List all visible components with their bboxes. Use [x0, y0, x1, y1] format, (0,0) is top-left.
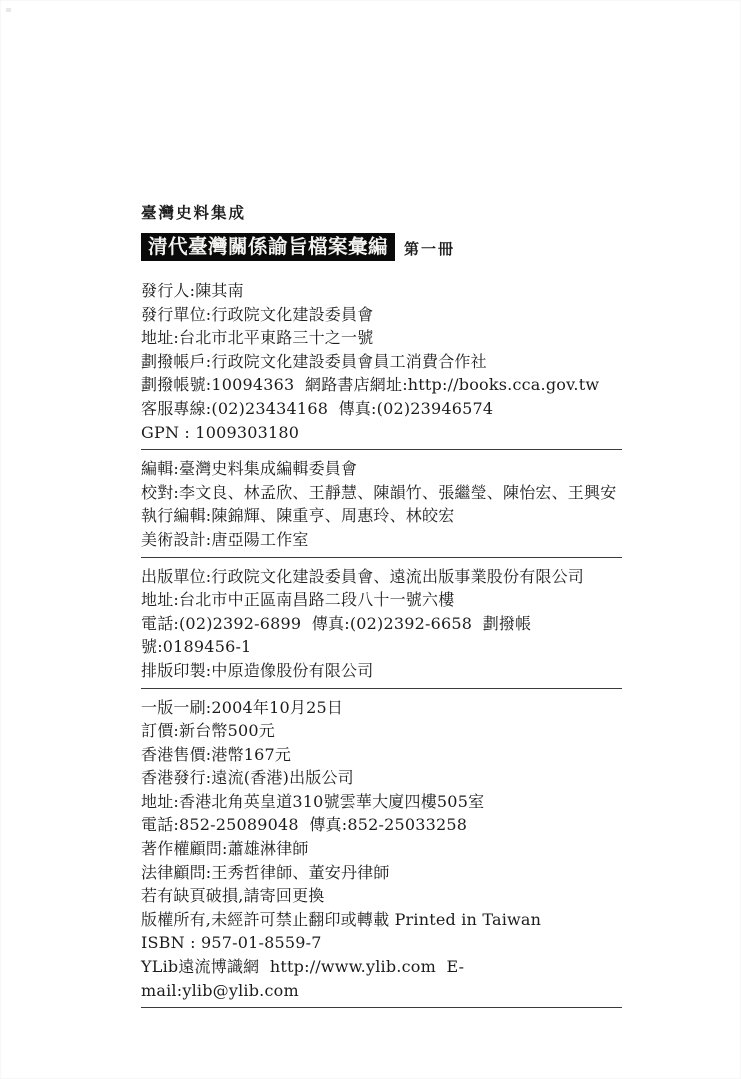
publishing-section: 出版單位:行政院文化建設委員會、遠流出版事業股份有限公司 地址:台北市中正區南昌…: [141, 558, 622, 689]
publisher-line: 發行人:陳其南: [141, 279, 622, 303]
editorial-line: 美術設計:唐亞陽工作室: [141, 528, 622, 552]
edition-line: 香港售價:港幣167元: [141, 743, 622, 767]
edition-line: 版權所有,未經許可禁止翻印或轉載 Printed in Taiwan: [141, 908, 622, 932]
scan-artifact: [6, 8, 11, 12]
edition-line: 電話:852-25089048 傳真:852-25033258: [141, 813, 622, 837]
publishing-line: 電話:(02)2392-6899 傳真:(02)2392-6658 劃撥帳號:0…: [141, 612, 622, 659]
edition-line: 著作權顧問:蕭雄淋律師: [141, 837, 622, 861]
publisher-line: 客服專線:(02)23434168 傳真:(02)23946574: [141, 397, 622, 421]
edition-line: ISBN : 957-01-8559-7: [141, 931, 622, 955]
editorial-line: 校對:李文良、林孟欣、王靜慧、陳韻竹、張繼瑩、陳怡宏、王興安: [141, 481, 622, 505]
publishing-line: 排版印製:中原造像股份有限公司: [141, 659, 622, 683]
edition-line: 若有缺頁破損,請寄回更換: [141, 884, 622, 908]
volume-label: 第一冊: [404, 238, 455, 261]
publisher-line: 發行單位:行政院文化建設委員會: [141, 303, 622, 327]
edition-line: 訂價:新台幣500元: [141, 719, 622, 743]
editorial-section: 編輯:臺灣史料集成編輯委員會 校對:李文良、林孟欣、王靜慧、陳韻竹、張繼瑩、陳怡…: [141, 450, 622, 557]
edition-section: 一版一刷:2004年10月25日 訂價:新台幣500元 香港售價:港幣167元 …: [141, 689, 622, 1009]
publishing-line: 出版單位:行政院文化建設委員會、遠流出版事業股份有限公司: [141, 565, 622, 589]
book-title: 清代臺灣關係諭旨檔案彙編: [141, 233, 395, 261]
publisher-line: GPN : 1009303180: [141, 421, 622, 445]
edition-line: 香港發行:遠流(香港)出版公司: [141, 766, 622, 790]
title-row: 清代臺灣關係諭旨檔案彙編 第一冊: [141, 233, 622, 261]
publisher-line: 劃撥帳號:10094363 網路書店網址:http://books.cca.go…: [141, 373, 622, 397]
colophon-content: 臺灣史料集成 清代臺灣關係諭旨檔案彙編 第一冊 發行人:陳其南 發行單位:行政院…: [141, 203, 622, 1008]
publisher-line: 劃撥帳戶:行政院文化建設委員會員工消費合作社: [141, 350, 622, 374]
editorial-line: 執行編輯:陳錦輝、陳重亨、周惠玲、林皎宏: [141, 504, 622, 528]
edition-line: YLib遠流博識網 http://www.ylib.com E-mail:yli…: [141, 955, 622, 1002]
edition-line: 地址:香港北角英皇道310號雲華大廈四樓505室: [141, 790, 622, 814]
colophon-page: 臺灣史料集成 清代臺灣關係諭旨檔案彙編 第一冊 發行人:陳其南 發行單位:行政院…: [0, 0, 741, 1079]
edition-line: 一版一刷:2004年10月25日: [141, 696, 622, 720]
edition-line: 法律顧問:王秀哲律師、董安丹律師: [141, 861, 622, 885]
publishing-line: 地址:台北市中正區南昌路二段八十一號六樓: [141, 588, 622, 612]
series-label: 臺灣史料集成: [141, 203, 622, 223]
publisher-section: 發行人:陳其南 發行單位:行政院文化建設委員會 地址:台北市北平東路三十之一號 …: [141, 279, 622, 450]
editorial-line: 編輯:臺灣史料集成編輯委員會: [141, 457, 622, 481]
publisher-line: 地址:台北市北平東路三十之一號: [141, 326, 622, 350]
